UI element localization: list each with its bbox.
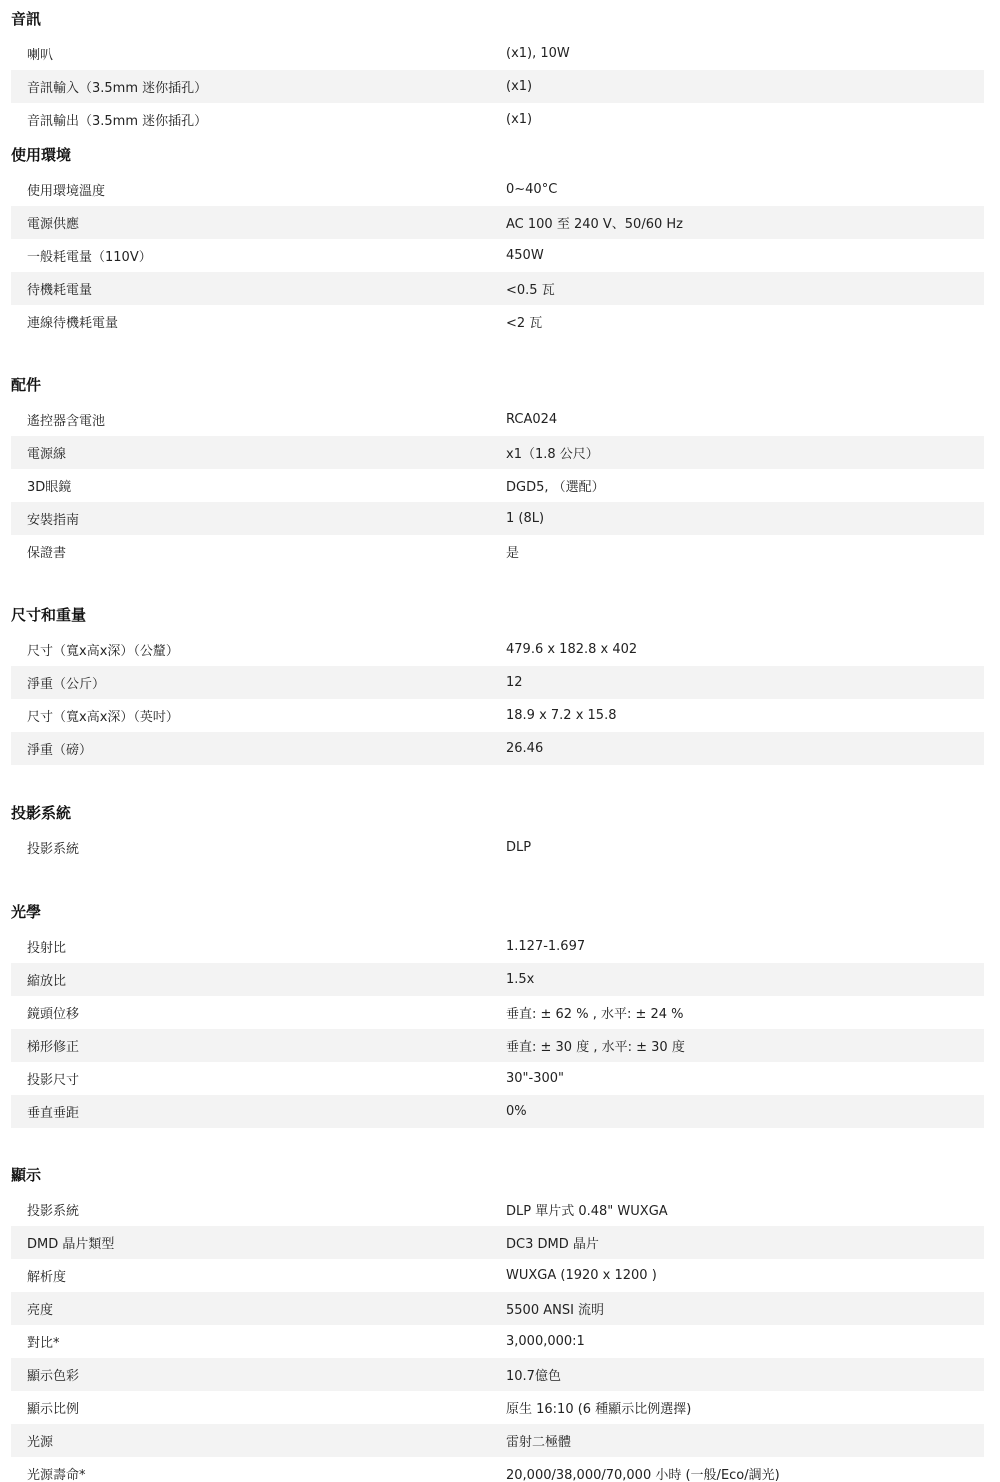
spec-value: 1 (8L): [490, 511, 984, 526]
spec-row: 光源壽命* 20,000/38,000/70,000 小時 (一般/Eco/調光…: [11, 1457, 984, 1482]
spec-label: 對比*: [11, 1332, 490, 1351]
section-title: 顯示: [11, 1165, 984, 1185]
spec-label: 縮放比: [11, 970, 490, 989]
spec-label: 顯示色彩: [11, 1365, 490, 1384]
spec-row: 顯示比例 原生 16:10 (6 種顯示比例選擇): [11, 1391, 984, 1424]
spec-row: 亮度 5500 ANSI 流明: [11, 1292, 984, 1325]
section-optics-rows: 投射比 1.127-1.697 縮放比 1.5x 鏡頭位移 垂直: ± 62 %…: [11, 930, 984, 1128]
spec-value: 5500 ANSI 流明: [490, 1299, 984, 1318]
spec-label: 投影系統: [11, 1200, 490, 1219]
spec-row: DMD 晶片類型 DC3 DMD 晶片: [11, 1226, 984, 1259]
spec-value: 30"-300": [490, 1071, 984, 1086]
section-accessories: 配件: [11, 375, 984, 395]
spec-row: 音訊輸出（3.5mm 迷你插孔） (x1): [11, 103, 984, 136]
spec-label: 梯形修正: [11, 1036, 490, 1055]
spec-row: 音訊輸入（3.5mm 迷你插孔） (x1): [11, 70, 984, 103]
section-title: 配件: [11, 375, 984, 395]
section-projection-system: 投影系統: [11, 803, 984, 823]
section-title: 使用環境: [11, 145, 984, 165]
spec-label: 連線待機耗電量: [11, 312, 490, 331]
spec-value: 12: [490, 675, 984, 690]
section-title: 尺寸和重量: [11, 605, 984, 625]
spec-value: 是: [490, 542, 984, 561]
spec-label: 鏡頭位移: [11, 1003, 490, 1022]
spec-value: DLP 單片式 0.48" WUXGA: [490, 1200, 984, 1219]
spec-row: 待機耗電量 <0.5 瓦: [11, 272, 984, 305]
spec-row: 3D眼鏡 DGD5, （選配）: [11, 469, 984, 502]
section-environment: 使用環境: [11, 145, 984, 165]
spec-row: 光源 雷射二極體: [11, 1424, 984, 1457]
spec-label: 3D眼鏡: [11, 476, 490, 495]
spec-value: x1（1.8 公尺）: [490, 443, 984, 462]
spec-row: 連線待機耗電量 <2 瓦: [11, 305, 984, 338]
spec-row: 垂直垂距 0%: [11, 1095, 984, 1128]
spec-label: 一般耗電量（110V）: [11, 246, 490, 265]
spec-label: 投影系統: [11, 838, 490, 857]
spec-label: 尺寸（寬x高x深）（英吋）: [11, 706, 490, 725]
section-environment-rows: 使用環境溫度 0~40°C 電源供應 AC 100 至 240 V、50/60 …: [11, 173, 984, 338]
spec-row: 顯示色彩 10.7億色: [11, 1358, 984, 1391]
spec-label: 待機耗電量: [11, 279, 490, 298]
section-dimensions-rows: 尺寸（寬x高x深）（公釐） 479.6 x 182.8 x 402 淨重（公斤）…: [11, 633, 984, 765]
spec-value: DC3 DMD 晶片: [490, 1233, 984, 1252]
spec-value: 0~40°C: [490, 182, 984, 197]
spec-value: 1.5x: [490, 972, 984, 987]
spec-label: 尺寸（寬x高x深）（公釐）: [11, 640, 490, 659]
spec-row: 安裝指南 1 (8L): [11, 502, 984, 535]
spec-label: 光源壽命*: [11, 1464, 490, 1482]
section-audio-rows: 喇叭 (x1), 10W 音訊輸入（3.5mm 迷你插孔） (x1) 音訊輸出（…: [11, 37, 984, 136]
spec-row: 電源供應 AC 100 至 240 V、50/60 Hz: [11, 206, 984, 239]
spec-row: 一般耗電量（110V） 450W: [11, 239, 984, 272]
spec-value: (x1): [490, 112, 984, 127]
spec-row: 淨重（磅） 26.46: [11, 732, 984, 765]
spec-value: (x1): [490, 79, 984, 94]
spec-label: DMD 晶片類型: [11, 1233, 490, 1252]
spec-label: 安裝指南: [11, 509, 490, 528]
spec-row: 投影系統 DLP 單片式 0.48" WUXGA: [11, 1193, 984, 1226]
spec-value: <0.5 瓦: [490, 279, 984, 298]
spec-value: 垂直: ± 62 % , 水平: ± 24 %: [490, 1003, 984, 1022]
section-audio: 音訊: [11, 9, 984, 29]
section-title: 光學: [11, 902, 984, 922]
spec-label: 顯示比例: [11, 1398, 490, 1417]
spec-value: DLP: [490, 840, 984, 855]
spec-label: 投影尺寸: [11, 1069, 490, 1088]
spec-value: 垂直: ± 30 度 , 水平: ± 30 度: [490, 1036, 984, 1055]
spec-value: WUXGA (1920 x 1200 ): [490, 1268, 984, 1283]
spec-row: 投射比 1.127-1.697: [11, 930, 984, 963]
spec-label: 解析度: [11, 1266, 490, 1285]
spec-value: 原生 16:10 (6 種顯示比例選擇): [490, 1398, 984, 1417]
spec-value: (x1), 10W: [490, 46, 984, 61]
spec-label: 電源線: [11, 443, 490, 462]
spec-label: 使用環境溫度: [11, 180, 490, 199]
section-display: 顯示: [11, 1165, 984, 1185]
spec-label: 投射比: [11, 937, 490, 956]
spec-value: AC 100 至 240 V、50/60 Hz: [490, 213, 984, 232]
spec-label: 保證書: [11, 542, 490, 561]
spec-value: DGD5, （選配）: [490, 476, 984, 495]
spec-row: 遙控器含電池 RCA024: [11, 403, 984, 436]
spec-value: RCA024: [490, 412, 984, 427]
section-title: 音訊: [11, 9, 984, 29]
spec-row: 喇叭 (x1), 10W: [11, 37, 984, 70]
spec-label: 垂直垂距: [11, 1102, 490, 1121]
spec-value: 20,000/38,000/70,000 小時 (一般/Eco/調光): [490, 1464, 984, 1482]
spec-row: 投影尺寸 30"-300": [11, 1062, 984, 1095]
section-display-rows: 投影系統 DLP 單片式 0.48" WUXGA DMD 晶片類型 DC3 DM…: [11, 1193, 984, 1482]
spec-row: 梯形修正 垂直: ± 30 度 , 水平: ± 30 度: [11, 1029, 984, 1062]
spec-label: 亮度: [11, 1299, 490, 1318]
spec-value: 1.127-1.697: [490, 939, 984, 954]
spec-value: 0%: [490, 1104, 984, 1119]
spec-label: 音訊輸入（3.5mm 迷你插孔）: [11, 77, 490, 96]
spec-row: 淨重（公斤） 12: [11, 666, 984, 699]
spec-row: 尺寸（寬x高x深）（公釐） 479.6 x 182.8 x 402: [11, 633, 984, 666]
spec-row: 使用環境溫度 0~40°C: [11, 173, 984, 206]
spec-row: 縮放比 1.5x: [11, 963, 984, 996]
section-dimensions: 尺寸和重量: [11, 605, 984, 625]
spec-row: 尺寸（寬x高x深）（英吋） 18.9 x 7.2 x 15.8: [11, 699, 984, 732]
spec-value: 26.46: [490, 741, 984, 756]
spec-label: 音訊輸出（3.5mm 迷你插孔）: [11, 110, 490, 129]
spec-row: 解析度 WUXGA (1920 x 1200 ): [11, 1259, 984, 1292]
spec-value: <2 瓦: [490, 312, 984, 331]
spec-label: 淨重（公斤）: [11, 673, 490, 692]
spec-row: 投影系統 DLP: [11, 831, 984, 864]
spec-label: 淨重（磅）: [11, 739, 490, 758]
spec-row: 對比* 3,000,000:1: [11, 1325, 984, 1358]
section-title: 投影系統: [11, 803, 984, 823]
spec-row: 鏡頭位移 垂直: ± 62 % , 水平: ± 24 %: [11, 996, 984, 1029]
section-optics: 光學: [11, 902, 984, 922]
spec-row: 電源線 x1（1.8 公尺）: [11, 436, 984, 469]
spec-value: 479.6 x 182.8 x 402: [490, 642, 984, 657]
spec-value: 18.9 x 7.2 x 15.8: [490, 708, 984, 723]
spec-value: 雷射二極體: [490, 1431, 984, 1450]
spec-label: 電源供應: [11, 213, 490, 232]
section-accessories-rows: 遙控器含電池 RCA024 電源線 x1（1.8 公尺） 3D眼鏡 DGD5, …: [11, 403, 984, 568]
spec-label: 喇叭: [11, 44, 490, 63]
spec-value: 10.7億色: [490, 1365, 984, 1384]
spec-value: 450W: [490, 248, 984, 263]
section-projection-system-rows: 投影系統 DLP: [11, 831, 984, 864]
spec-row: 保證書 是: [11, 535, 984, 568]
spec-label: 光源: [11, 1431, 490, 1450]
spec-label: 遙控器含電池: [11, 410, 490, 429]
spec-value: 3,000,000:1: [490, 1334, 984, 1349]
